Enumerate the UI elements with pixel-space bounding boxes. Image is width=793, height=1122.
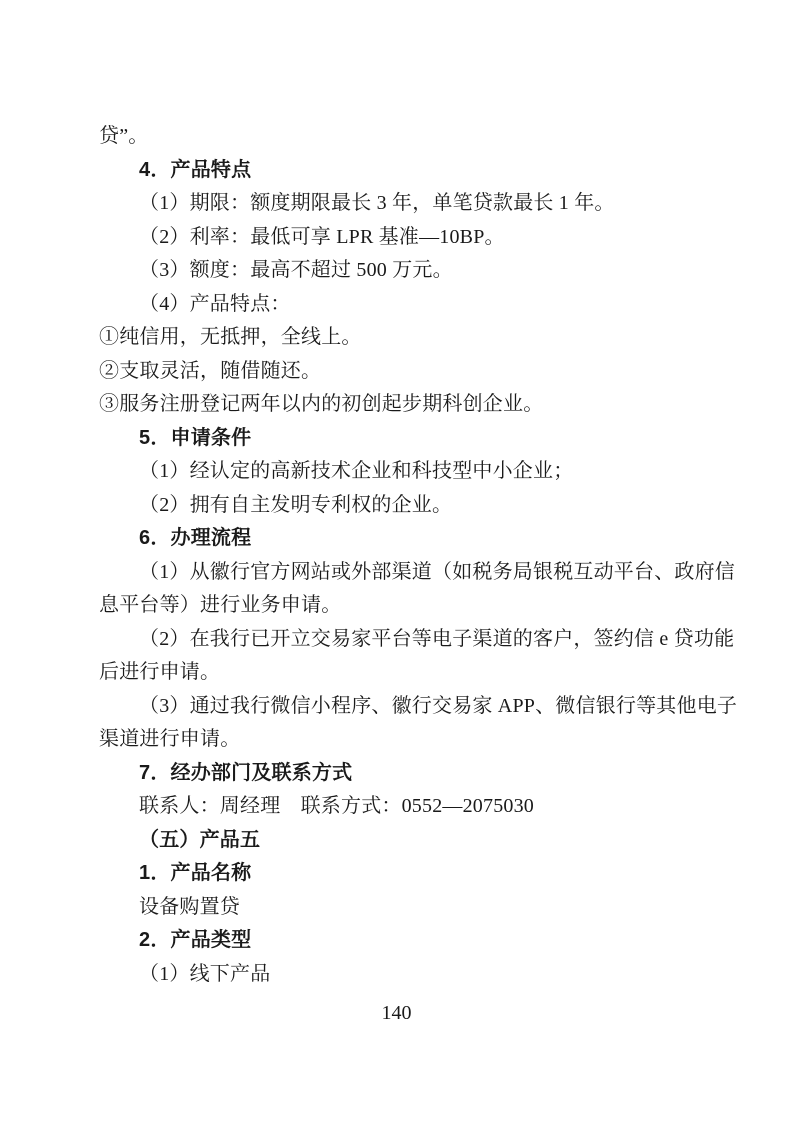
process-1-line-2: 息平台等）进行业务申请。 (99, 589, 725, 623)
document-content: 贷”。 4．产品特点 （1）期限：额度期限最长 3 年，单笔贷款最长 1 年。 … (99, 120, 725, 991)
heading-product-features: 4．产品特点 (99, 154, 725, 188)
feature-point-3: ③服务注册登记两年以内的初创起步期科创企业。 (99, 388, 725, 422)
page-number: 140 (0, 1002, 793, 1025)
heading-product-name: 1．产品名称 (99, 857, 725, 891)
item-rate: （2）利率：最低可享 LPR 基准—10BP。 (99, 221, 725, 255)
product-type-item-1: （1）线下产品 (99, 958, 725, 992)
process-2-line-1: （2）在我行已开立交易家平台等电子渠道的客户，签约信 e 贷功能 (99, 623, 725, 657)
contact-line: 联系人：周经理 联系方式：0552—2075030 (99, 790, 725, 824)
document-page: 贷”。 4．产品特点 （1）期限：额度期限最长 3 年，单笔贷款最长 1 年。 … (0, 0, 793, 1122)
product-name-value: 设备购置贷 (99, 891, 725, 925)
process-3-line-2: 渠道进行申请。 (99, 723, 725, 757)
heading-product-five: （五）产品五 (99, 824, 725, 858)
feature-point-1: ①纯信用，无抵押，全线上。 (99, 321, 725, 355)
item-features-label: （4）产品特点： (99, 288, 725, 322)
process-3-line-1: （3）通过我行微信小程序、徽行交易家 APP、微信银行等其他电子 (99, 690, 725, 724)
heading-application-conditions: 5．申请条件 (99, 422, 725, 456)
item-quota: （3）额度：最高不超过 500 万元。 (99, 254, 725, 288)
feature-point-2: ②支取灵活，随借随还。 (99, 355, 725, 389)
process-2-line-2: 后进行申请。 (99, 656, 725, 690)
heading-contact-info: 7．经办部门及联系方式 (99, 757, 725, 791)
heading-handling-process: 6．办理流程 (99, 522, 725, 556)
process-1-line-1: （1）从徽行官方网站或外部渠道（如税务局银税互动平台、政府信 (99, 556, 725, 590)
condition-2: （2）拥有自主发明专利权的企业。 (99, 489, 725, 523)
condition-1: （1）经认定的高新技术企业和科技型中小企业； (99, 455, 725, 489)
continuation-line-dai: 贷”。 (99, 120, 725, 154)
heading-product-type: 2．产品类型 (99, 924, 725, 958)
item-term: （1）期限：额度期限最长 3 年，单笔贷款最长 1 年。 (99, 187, 725, 221)
